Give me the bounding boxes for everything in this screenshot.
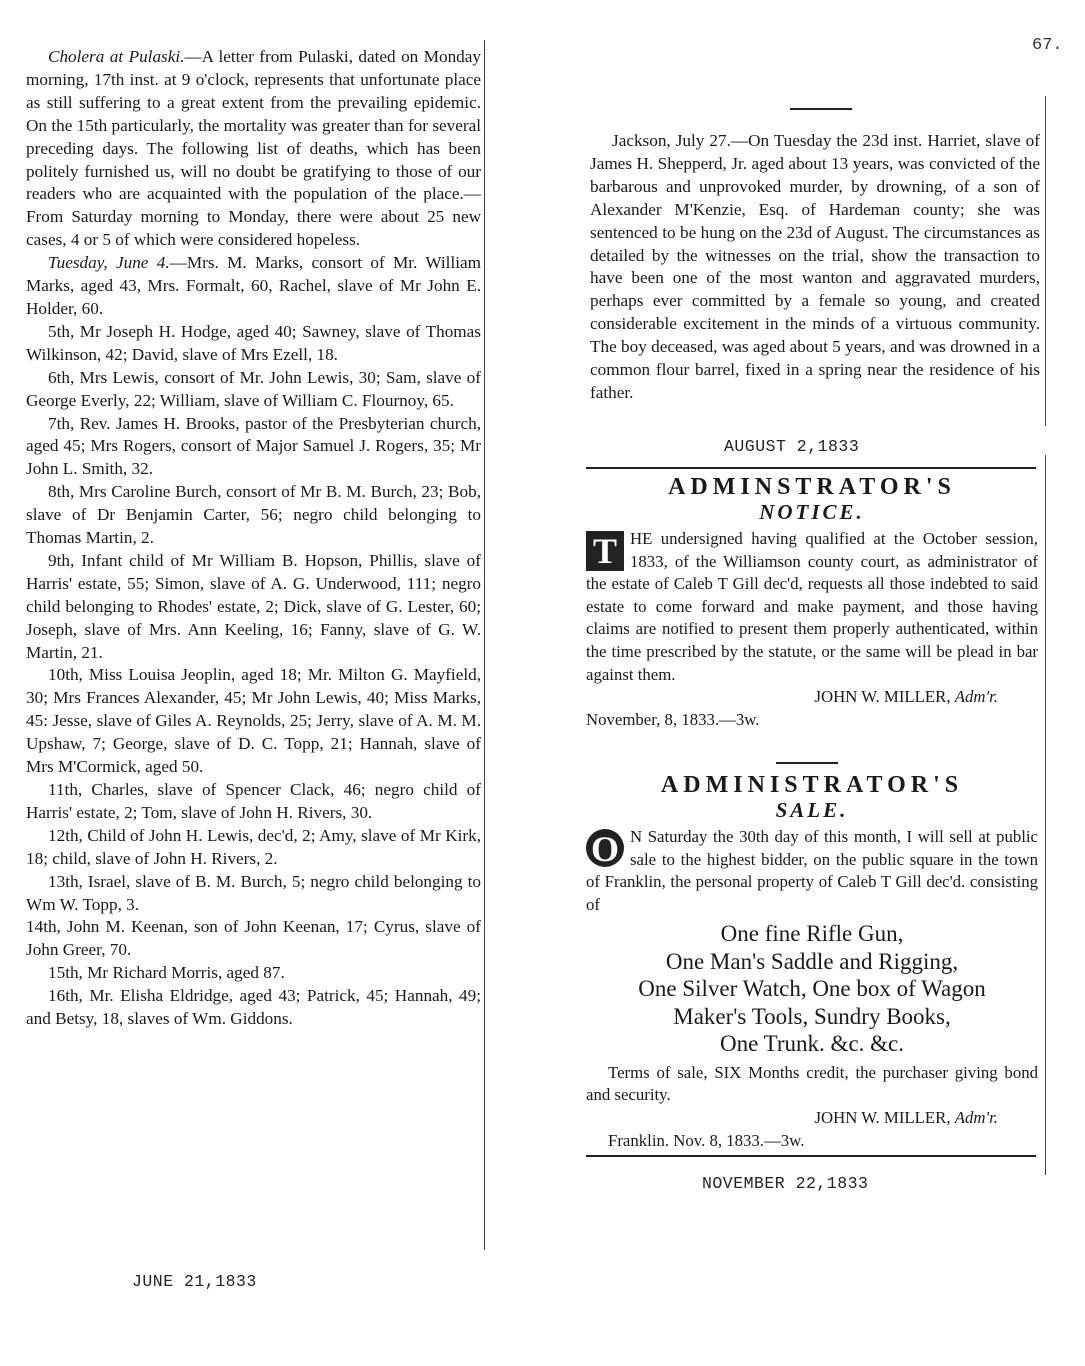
section-divider	[790, 108, 852, 110]
death-entry: 8th, Mrs Caroline Burch, consort of Mr B…	[26, 481, 481, 550]
notice-subtitle: NOTICE.	[586, 500, 1038, 524]
article-intro: Cholera at Pulaski.—A letter from Pulask…	[26, 46, 481, 252]
column-rule	[484, 40, 485, 1250]
column-rule	[1045, 455, 1046, 1175]
death-entry: Tuesday, June 4.—Mrs. M. Marks, consort …	[26, 252, 481, 321]
death-entry: 5th, Mr Joseph H. Hodge, aged 40; Sawney…	[26, 321, 481, 367]
signature-title: Adm'r.	[955, 687, 998, 706]
article-headline: Cholera at Pulaski.	[48, 47, 184, 66]
date-caption-june: JUNE 21,1833	[132, 1272, 257, 1291]
death-entry: 12th, Child of John H. Lewis, dec'd, 2; …	[26, 825, 481, 871]
page-number: 67.	[1032, 36, 1063, 55]
notice-body: HE undersigned having qualified at the O…	[586, 529, 1038, 684]
section-divider	[776, 762, 838, 764]
death-entry: 6th, Mrs Lewis, consort of Mr. John Lewi…	[26, 367, 481, 413]
ornamental-dropcap: T	[586, 531, 624, 571]
notice-title: ADMINSTRATOR'S	[586, 474, 1038, 500]
signature-name: JOHN W. MILLER,	[814, 687, 950, 706]
sale-item: One Silver Watch, One box of Wagon	[586, 975, 1038, 1003]
sale-subtitle: SALE.	[586, 798, 1038, 822]
death-entry: 10th, Miss Louisa Jeoplin, aged 18; Mr. …	[26, 664, 481, 779]
ad-top-rule	[586, 467, 1036, 469]
death-entry: 7th, Rev. James H. Brooks, pastor of the…	[26, 413, 481, 482]
jackson-article: Jackson, July 27.—On Tuesday the 23d ins…	[590, 130, 1040, 405]
cholera-article: Cholera at Pulaski.—A letter from Pulask…	[26, 46, 481, 1031]
sale-item: One fine Rifle Gun,	[586, 920, 1038, 948]
column-rule	[1045, 96, 1046, 426]
administrators-sale: ADMINISTRATOR'S SALE. O N Saturday the 3…	[586, 772, 1038, 1152]
date-caption-august: AUGUST 2,1833	[724, 437, 859, 456]
death-entry: 9th, Infant child of Mr William B. Hopso…	[26, 550, 481, 665]
article-dateline: Jackson, July 27.	[612, 131, 731, 150]
sale-body: N Saturday the 30th day of this month, I…	[586, 827, 1038, 914]
date-caption-november: NOVEMBER 22,1833	[702, 1174, 868, 1193]
notice-dateline: November, 8, 1833.—3w.	[586, 709, 1038, 732]
death-entry: 14th, John M. Keenan, son of John Keenan…	[26, 916, 481, 962]
sale-item: One Trunk. &c. &c.	[586, 1030, 1038, 1058]
sale-title: ADMINISTRATOR'S	[586, 772, 1038, 798]
death-entry: 16th, Mr. Elisha Eldridge, aged 43; Patr…	[26, 985, 481, 1031]
ornamental-dropcap: O	[586, 829, 624, 867]
death-entry: 11th, Charles, slave of Spencer Clack, 4…	[26, 779, 481, 825]
signature-name: JOHN W. MILLER,	[814, 1108, 950, 1127]
sale-terms: Terms of sale, SIX Months credit, the pu…	[586, 1062, 1038, 1107]
sale-dateline: Franklin. Nov. 8, 1833.—3w.	[586, 1130, 1038, 1153]
sale-items: One fine Rifle Gun, One Man's Saddle and…	[586, 920, 1038, 1058]
administrators-notice: ADMINSTRATOR'S NOTICE. T HE undersigned …	[586, 474, 1038, 731]
sale-item: Maker's Tools, Sundry Books,	[586, 1003, 1038, 1031]
ad-bottom-rule	[586, 1155, 1036, 1157]
death-entry: 15th, Mr Richard Morris, aged 87.	[26, 962, 481, 985]
death-entry: 13th, Israel, slave of B. M. Burch, 5; n…	[26, 871, 481, 917]
sale-item: One Man's Saddle and Rigging,	[586, 948, 1038, 976]
signature-title: Adm'r.	[955, 1108, 998, 1127]
